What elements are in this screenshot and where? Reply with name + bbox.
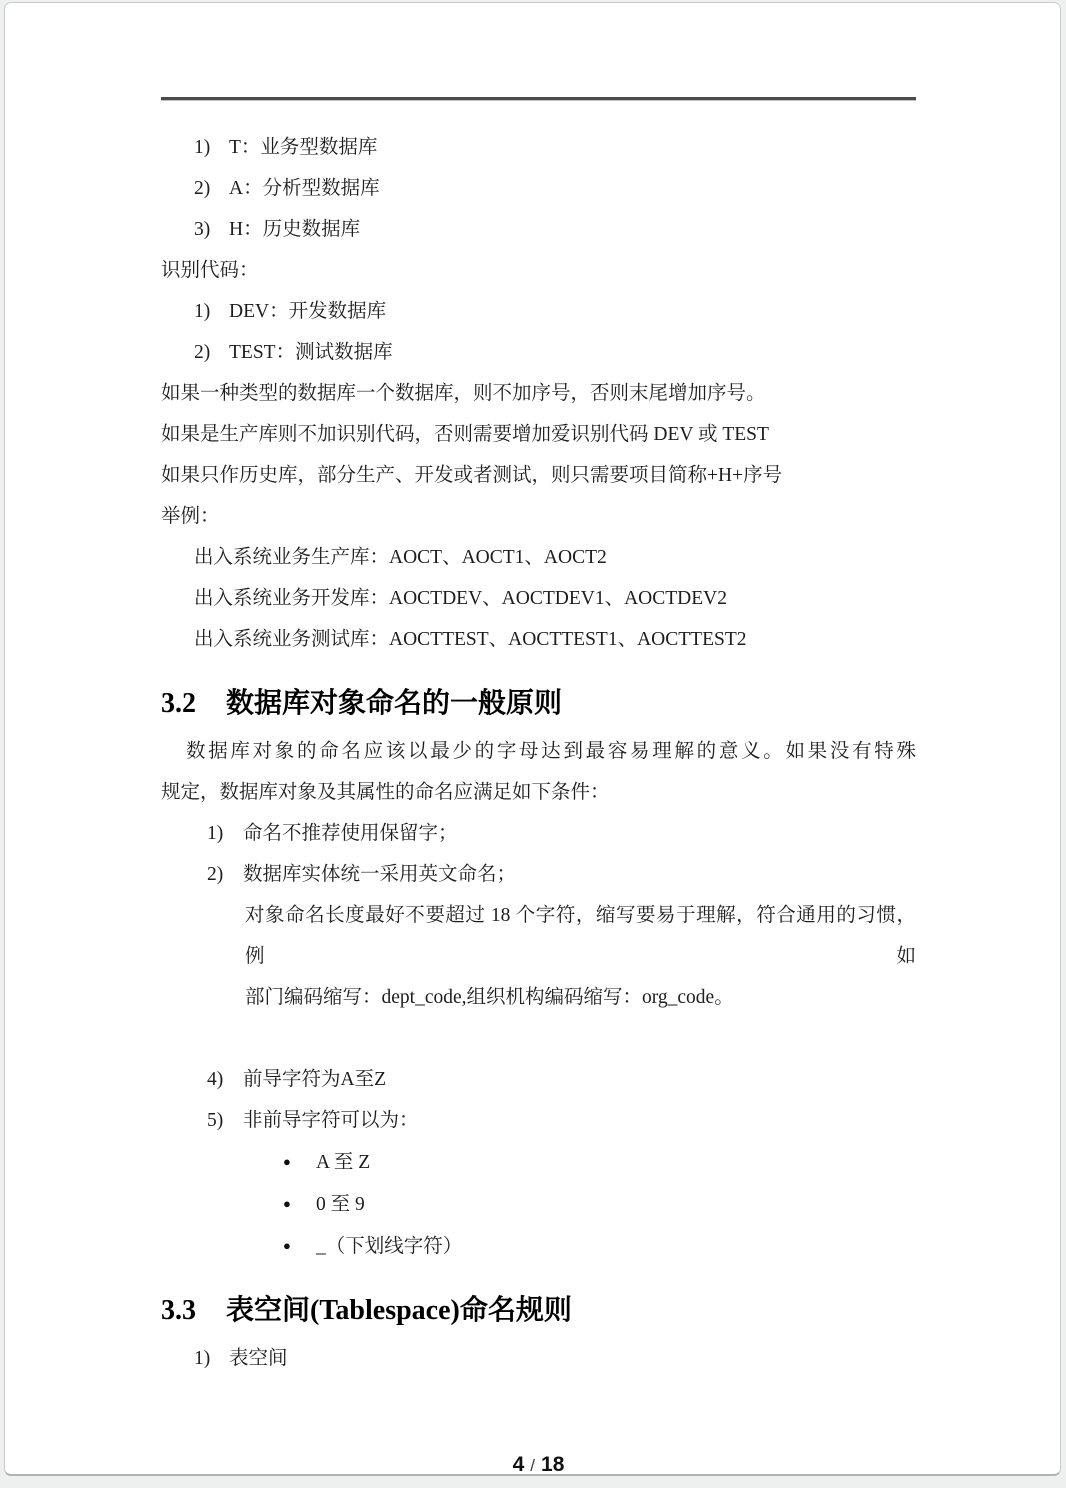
list-item-number: 2) — [194, 332, 229, 373]
intro-line: 规定，数据库对象及其属性的命名应满足如下条件： — [161, 772, 916, 813]
list-item-text: 数据库实体统一采用英文命名； — [243, 864, 516, 885]
list-item: 4)前导字符为A至Z — [161, 1059, 916, 1100]
list-item-number: 5) — [207, 1100, 243, 1141]
bullet-icon: ● — [283, 1225, 316, 1266]
bullet-item: ●_（下划线字符） — [161, 1225, 916, 1267]
list-item-number: 2) — [194, 168, 229, 209]
list-item-text: A：分析型数据库 — [229, 178, 380, 199]
heading-number: 3.2 — [161, 688, 196, 719]
bullet-icon: ● — [283, 1141, 316, 1182]
list-item-number: 2) — [207, 854, 243, 895]
bullet-item: ●0 至 9 — [161, 1183, 916, 1225]
example-line: 出入系统业务生产库：AOCT、AOCT1、AOCT2 — [161, 537, 916, 578]
list-item-number: 1) — [194, 291, 229, 332]
page-content: 1)T：业务型数据库 2)A：分析型数据库 3)H：历史数据库 识别代码： 1)… — [5, 97, 1060, 1476]
list-item: 2)A：分析型数据库 — [161, 168, 916, 209]
example-line: 出入系统业务开发库：AOCTDEV、AOCTDEV1、AOCTDEV2 — [161, 578, 916, 619]
list-item: 1)表空间 — [161, 1338, 916, 1379]
list-item-number: 3) — [194, 209, 229, 250]
bullet-text: 0 至 9 — [316, 1194, 365, 1215]
bullet-text: A 至 Z — [316, 1152, 370, 1173]
list-item-number: 4) — [207, 1059, 243, 1100]
list-item: 1)命名不推荐使用保留字； — [161, 813, 916, 854]
example-line: 出入系统业务测试库：AOCTTEST、AOCTTEST1、AOCTTEST2 — [161, 619, 916, 660]
document-body: 1)T：业务型数据库 2)A：分析型数据库 3)H：历史数据库 识别代码： 1)… — [161, 100, 916, 1476]
list-item-text: 命名不推荐使用保留字； — [243, 823, 458, 844]
bullet-icon: ● — [283, 1183, 316, 1224]
section-3-2-heading: 3.2数据库对象命名的一般原则 — [161, 682, 916, 726]
list-item: 2)TEST：测试数据库 — [161, 332, 916, 373]
rule-paragraph: 如果一种类型的数据库一个数据库，则不加序号，否则末尾增加序号。 — [161, 373, 916, 414]
list-item: 1)T：业务型数据库 — [161, 127, 916, 168]
bullet-item: ●A 至 Z — [161, 1141, 916, 1183]
rule-paragraph: 举例： — [161, 496, 916, 537]
document-page: 1)T：业务型数据库 2)A：分析型数据库 3)H：历史数据库 识别代码： 1)… — [4, 2, 1061, 1476]
list-item: 2)数据库实体统一采用英文命名； — [161, 854, 916, 895]
list-item-text: TEST：测试数据库 — [229, 342, 393, 363]
list-item-text: T：业务型数据库 — [229, 137, 377, 158]
intro-line: 数据库对象的命名应该以最少的字母达到最容易理解的意义。如果没有特殊 — [161, 731, 916, 772]
list-item: 5)非前导字符可以为： — [161, 1100, 916, 1141]
list-item-text: 表空间 — [229, 1348, 288, 1369]
list-item-number: 1) — [194, 127, 229, 168]
section-3-3-heading: 3.3表空间(Tablespace)命名规则 — [161, 1289, 916, 1333]
note-line: 对象命名长度最好不要超过 18 个字符，缩写要易于理解，符合通用的习惯，例如 — [161, 895, 916, 977]
heading-title: 数据库对象命名的一般原则 — [226, 688, 562, 719]
list-item-text: H：历史数据库 — [229, 219, 360, 240]
list-item-number: 1) — [207, 813, 243, 854]
bullet-text: _（下划线字符） — [316, 1236, 462, 1257]
page-number-current: 4 — [513, 1453, 525, 1476]
blank-line — [161, 1018, 916, 1059]
rule-paragraph: 如果是生产库则不加识别代码，否则需要增加爱识别代码 DEV 或 TEST — [161, 414, 916, 455]
list-item-text: 非前导字符可以为： — [243, 1110, 419, 1131]
page-number-total: 18 — [541, 1453, 564, 1476]
list-item-text: 前导字符为A至Z — [243, 1069, 386, 1090]
heading-title: 表空间(Tablespace)命名规则 — [226, 1295, 572, 1326]
heading-number: 3.3 — [161, 1295, 196, 1326]
note-line: 部门编码缩写：dept_code,组织机构编码缩写：org_code。 — [161, 977, 916, 1018]
list-item: 3)H：历史数据库 — [161, 209, 916, 250]
list-item-number: 1) — [194, 1338, 229, 1379]
list-item: 1)DEV：开发数据库 — [161, 291, 916, 332]
page-footer: 4/18 — [161, 1453, 916, 1476]
page-number-separator: / — [530, 1456, 535, 1475]
rule-paragraph: 如果只作历史库，部分生产、开发或者测试，则只需要项目简称+H+序号 — [161, 455, 916, 496]
id-code-label: 识别代码： — [161, 250, 916, 291]
list-item-text: DEV：开发数据库 — [229, 301, 386, 322]
